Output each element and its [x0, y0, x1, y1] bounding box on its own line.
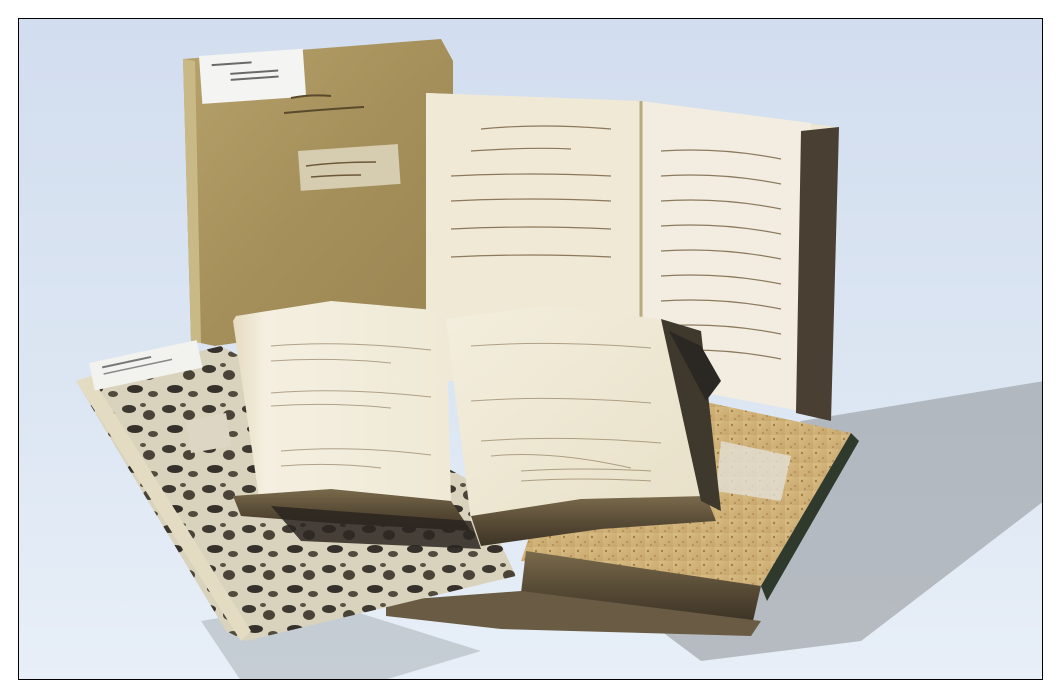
manuscripts-photo	[19, 19, 1043, 680]
photo-frame	[18, 18, 1043, 680]
